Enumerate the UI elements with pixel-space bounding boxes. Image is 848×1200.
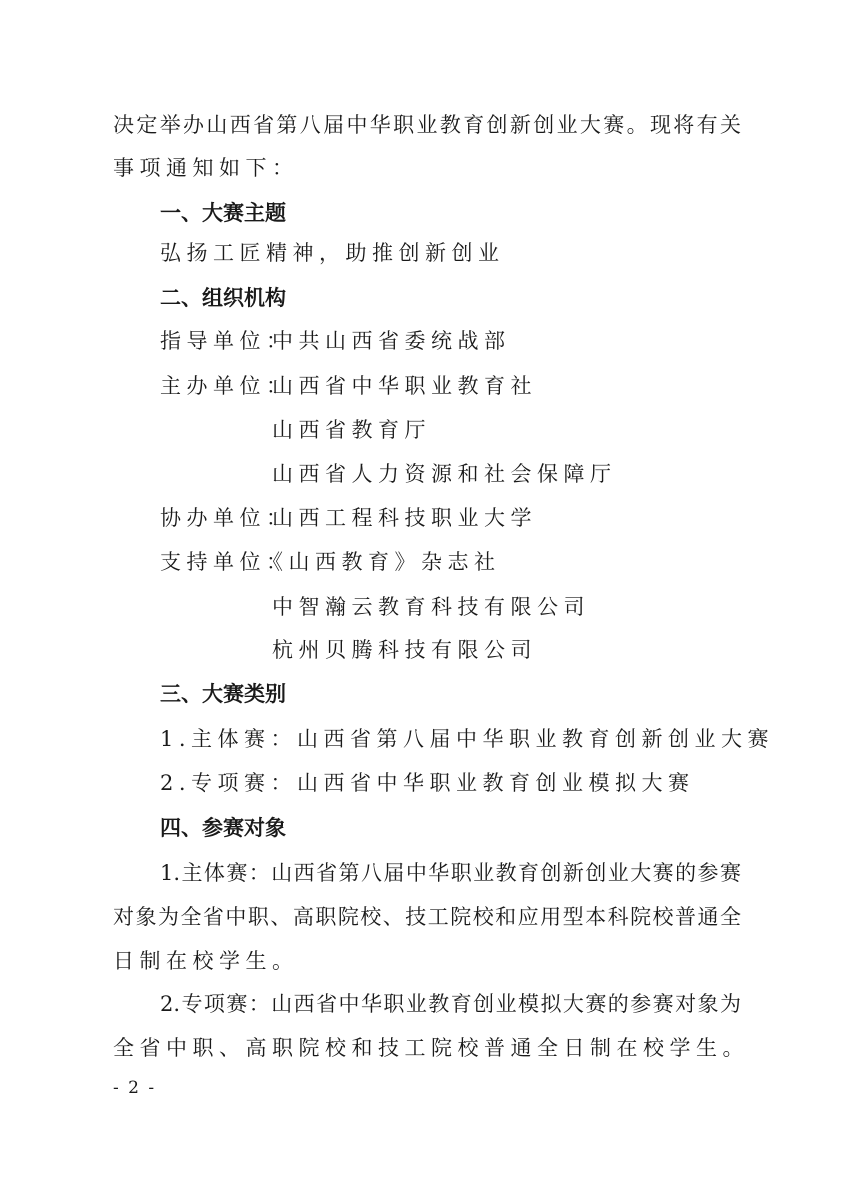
intro-line-2: 事项通知如下： (113, 154, 299, 182)
section-heading-categories: 三、大赛类别 (160, 680, 286, 708)
participants-main-line-3: 日制在校学生。 (113, 947, 299, 975)
intro-line-1: 决定举办山西省第八届中华职业教育创新创业大赛。现将有关 (113, 111, 741, 139)
section-heading-participants: 四、参赛对象 (160, 814, 286, 842)
host-unit-value-2: 山西省教育厅 (272, 416, 431, 444)
section-heading-organization: 二、组织机构 (160, 284, 286, 312)
category-main: 1.主体赛：山西省第八届中华职业教育创新创业大赛 (160, 725, 774, 753)
support-unit-value-3: 杭州贝腾科技有限公司 (272, 636, 537, 664)
participants-main-line-2: 对象为全省中职、高职院校、技工院校和应用型本科院校普通全 (113, 903, 741, 931)
host-unit-value-3: 山西省人力资源和社会保障厅 (272, 460, 617, 488)
theme-text: 弘扬工匠精神，助推创新创业 (160, 239, 505, 267)
support-unit-value-1: 《山西教育》杂志社 (262, 548, 501, 576)
section-heading-theme: 一、大赛主题 (160, 199, 286, 227)
participants-special-line-1: 2.专项赛：山西省中华职业教育创业模拟大赛的参赛对象为 (160, 990, 741, 1018)
participants-special-line-2: 全省中职、高职院校和技工院校普通全日制在校学生。 (113, 1034, 749, 1062)
host-unit-value-1: 山西省中华职业教育社 (272, 372, 537, 400)
guide-unit-value: 中共山西省委统战部 (272, 327, 511, 355)
page-number: - 2 - (113, 1074, 156, 1102)
category-special: 2.专项赛：山西省中华职业教育创业模拟大赛 (160, 769, 695, 797)
co-host-unit-value: 山西工程科技职业大学 (272, 504, 537, 532)
participants-main-line-1: 1.主体赛：山西省第八届中华职业教育创新创业大赛的参赛 (160, 859, 741, 887)
support-unit-value-2: 中智瀚云教育科技有限公司 (272, 593, 590, 621)
